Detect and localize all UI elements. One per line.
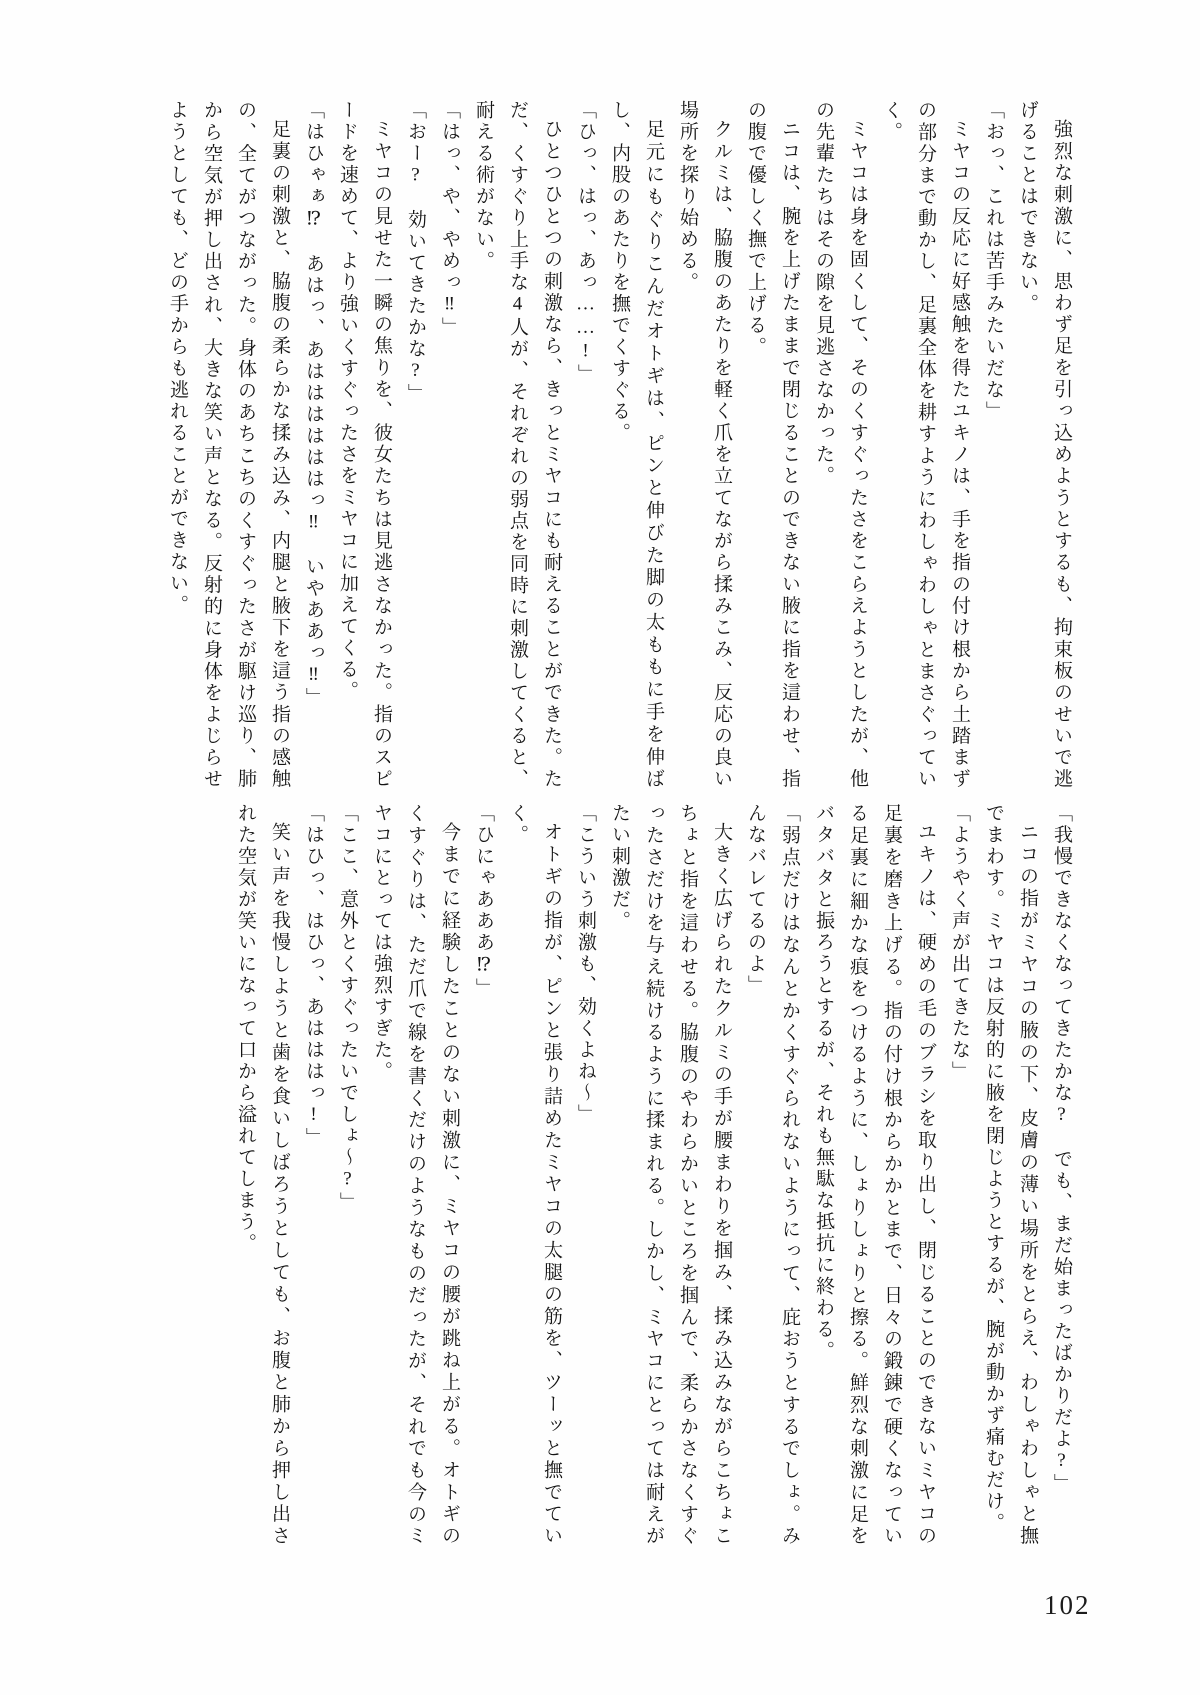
paragraph: 大きく広げられたクルミの手が腰まわりを掴み、揉み込みながらこちょこちょと指を這わ… [602, 803, 738, 1547]
paragraph: クルミは、脇腹のあたりを軽く爪を立てながら揉みこみ、反応の良い場所を探り始める。 [670, 100, 738, 790]
paragraph: 足元にもぐりこんだオトギは、ピンと伸びた脚の太ももに手を伸ばし、内股のあたりを撫… [602, 100, 670, 790]
paragraph: ユキノは、硬めの毛のブラシを取り出し、閉じることのできないミヤコの足裏を磨き上げ… [806, 803, 942, 1547]
paragraph: ミヤコの見せた一瞬の焦りを、彼女たちは見逃さなかった。指のスピードを速めて、より… [330, 100, 398, 790]
paragraph: ミヤコの反応に好感触を得たユキノは、手を指の付け根から土踏まずの部分まで動かし、… [874, 100, 976, 790]
paragraph: 「はひゃぁ⁉ あはっ、あははははははっ‼ いやああっ‼」 [296, 100, 330, 790]
paragraph: ニコは、腕を上げたままで閉じることのできない腋に指を這わせ、指の腹で優しく撫で上… [738, 100, 806, 790]
paragraph: 「おー? 効いてきたかな?」 [398, 100, 432, 790]
paragraph: 笑い声を我慢しようと歯を食いしばろうとしても、お腹と肺から押し出された空気が笑い… [228, 803, 296, 1547]
paragraph: 「ここ、意外とくすぐったいでしょ〜?」 [330, 803, 364, 1547]
paragraph: オトギの指が、ピンと張り詰めたミヤコの太腿の筋を、ツーッと撫でていく。 [500, 803, 568, 1547]
paragraph: 足裏の刺激と、脇腹の柔らかな揉み込み、内腿と腋下を這う指の感触の、全てがつながっ… [160, 100, 296, 790]
text-block-bottom: 「我慢できなくなってきたかな? でも、まだ始まったばかりだよ?」ニコの指がミヤコ… [138, 803, 1078, 1547]
paragraph: 「我慢できなくなってきたかな? でも、まだ始まったばかりだよ?」 [1044, 803, 1078, 1547]
paragraph: 「弱点だけはなんとかくすぐられないようにって、庇おうとするでしょ。みんなバレてる… [738, 803, 806, 1547]
paragraph: 「おっ、これは苦手みたいだな」 [976, 100, 1010, 790]
paragraph: 「こういう刺激も、効くよね〜」 [568, 803, 602, 1547]
paragraph: 「はひっ、はひっ、あはははっ!」 [296, 803, 330, 1547]
paragraph: 「はっ、や、やめっ‼」 [432, 100, 466, 790]
paragraph: 今までに経験したことのない刺激に、ミヤコの腰が跳ね上がる。オトギのくすぐりは、た… [364, 803, 466, 1547]
paragraph: 「ひっ、はっ、あっ……!」 [568, 100, 602, 790]
text-block-top: 強烈な刺激に、思わず足を引っ込めようとするも、拘束板のせいで逃げることはできない… [148, 100, 1078, 790]
page-number: 102 [1044, 1590, 1091, 1621]
paragraph: ニコの指がミヤコの腋の下、皮膚の薄い場所をとらえ、わしゃわしゃと撫でまわす。ミヤ… [976, 803, 1044, 1547]
paragraph: 強烈な刺激に、思わず足を引っ込めようとするも、拘束板のせいで逃げることはできない… [1010, 100, 1078, 790]
paragraph: ひとつひとつの刺激なら、きっとミヤコにも耐えることができた。ただ、くすぐり上手な… [466, 100, 568, 790]
paragraph: 「ひにゃあああ⁉」 [466, 803, 500, 1547]
paragraph: ミヤコは身を固くして、そのくすぐったさをこらえようとしたが、他の先輩たちはその隙… [806, 100, 874, 790]
scanned-novel-page: 強烈な刺激に、思わず足を引っ込めようとするも、拘束板のせいで逃げることはできない… [0, 0, 1200, 1695]
paragraph: 「ようやく声が出てきたな」 [942, 803, 976, 1547]
